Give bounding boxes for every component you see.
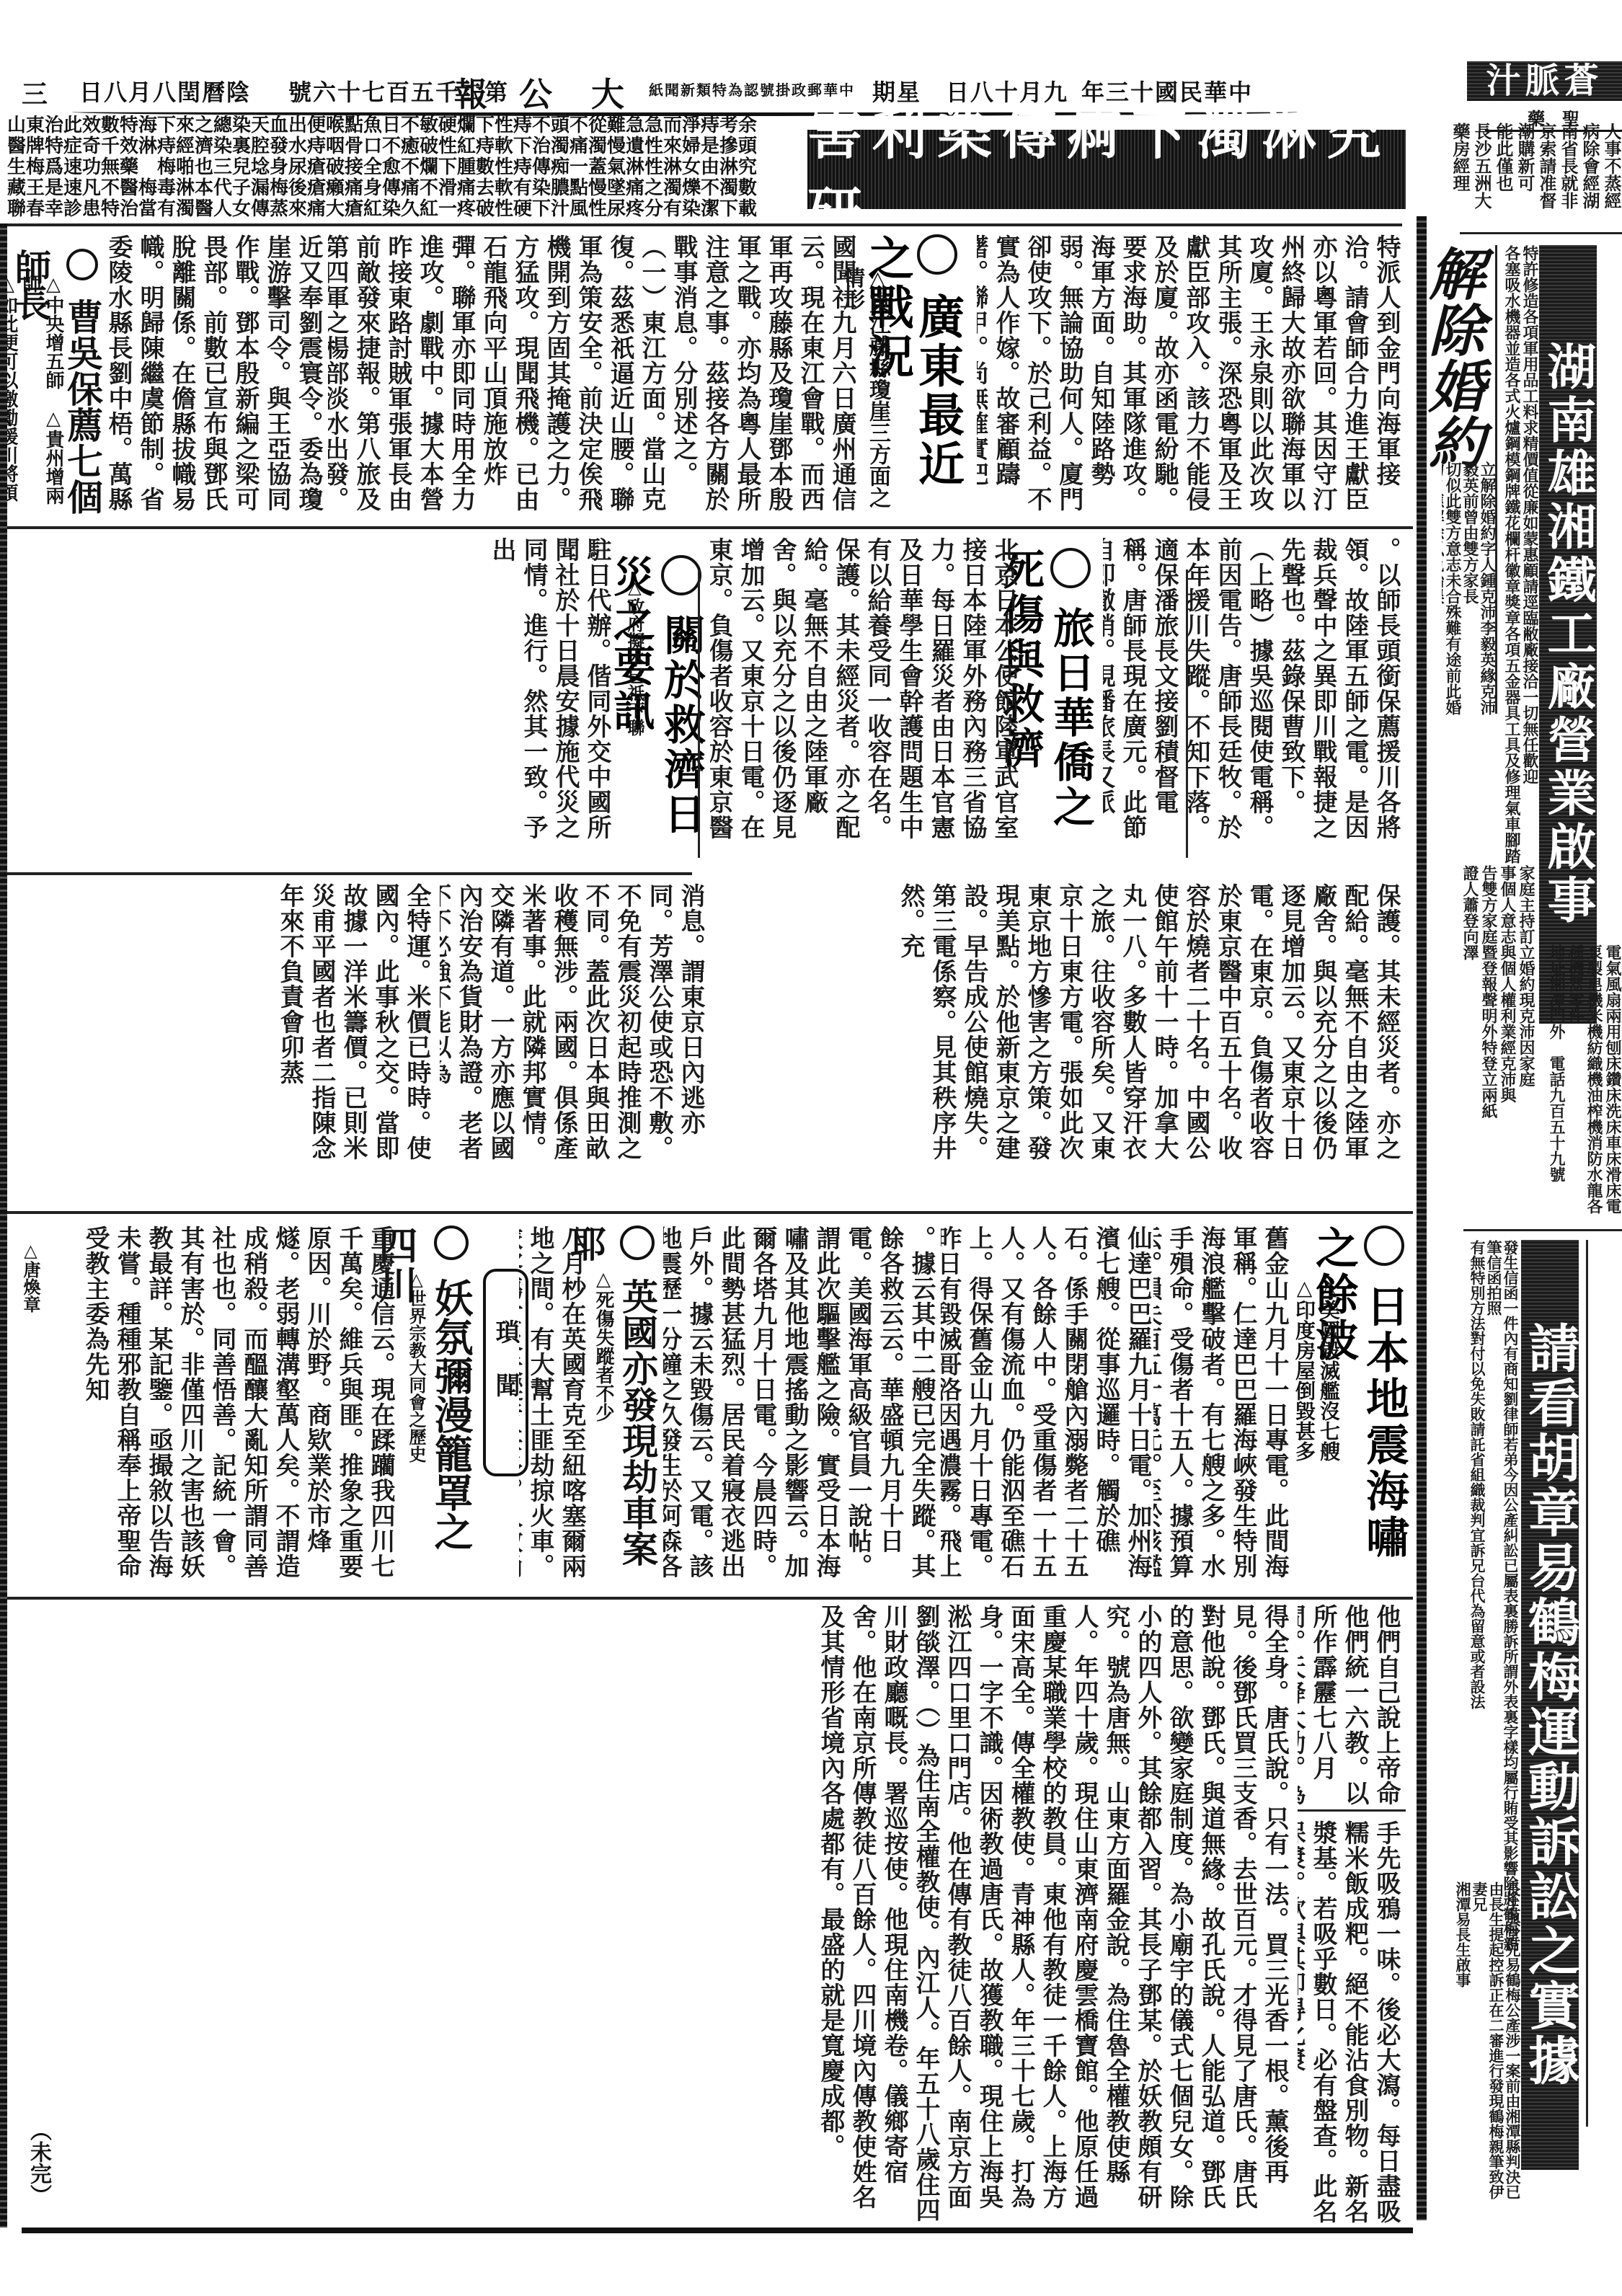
- article-japan-quake-2: 仙達巴巴羅九月十日電。加州海濱七艘。從事巡邏時。觸於礁石。係手關閉艙內溺斃者二十…: [941, 1225, 1153, 1586]
- article-japan-quake-1: 舊金山九月十一日專電。此間海軍稱。仁達巴巴羅海峽發生特別海浪艦擊破者。有七艘之多…: [1153, 1225, 1290, 1586]
- family-notice-text: 家庭主持訂立婚約現克沛因家庭 事個人意志與個人權利業經克沛與 告雙方家庭暨登報聲…: [1442, 865, 1535, 1218]
- article-subhead: △世界宗教大同會之歷史: [400, 1269, 429, 1572]
- divider: [1298, 1809, 1406, 1812]
- divider: [1460, 232, 1622, 234]
- divider: [1463, 1229, 1622, 1231]
- article-subhead: △死傷失蹤者不少: [588, 1269, 616, 1485]
- divider: [7, 223, 1402, 226]
- article-japan-quake-3: 。據云其中二艘已完全失蹤。其餘各救云云。華盛頓九月十日電。美國海軍高級官員一說帖…: [663, 1225, 937, 1586]
- article-subhead: △東江藤縣瓊崖三方面之情形: [861, 267, 890, 512]
- lunar-date: 日八月八閏曆陰: [79, 74, 251, 107]
- article-rice-price: 全特運。米價已時時。使國內。此事秋之交。當即故據一洋米籌價。已則米災甫平國者也者…: [7, 883, 433, 1182]
- article-sichuan-telegram: 。以師長頭銜保薦援川各將領。故陸軍五師之電。是因裁兵聲中之異即川戰報捷之先聲也。…: [1103, 537, 1402, 858]
- circle-marker-icon: [434, 1225, 469, 1260]
- article-cao-wu-body: 近又奉劉震寰令。委為瓊崖游擊司令。與王亞協同作戰。鄧本殷新編之梁可畏部。前數已宣…: [108, 234, 324, 519]
- divider: [1186, 569, 1188, 858]
- circle-marker-icon: [661, 555, 701, 595]
- circle-marker-icon: [620, 1225, 655, 1260]
- article-uk-robbery: 八月杪在英國育克至紐喀塞爾兩地之間。有大幫土匪劫掠火車。旅客傷亡及失蹤者甚多。人…: [519, 1225, 588, 1586]
- pharmacy-line: 京索請准督: [1536, 123, 1557, 209]
- pharmacy-line: 病除會經湖: [1579, 123, 1600, 209]
- circle-marker-icon: [1364, 1225, 1404, 1266]
- page-border-left: [0, 223, 7, 2228]
- pharmacy-line: 能此僅也: [1493, 123, 1514, 192]
- article-relief-briefing: 駐日代辦。偕同外交中國所聞社於十日晨安據施代災之同情。進行。然其一致。予出: [7, 537, 613, 858]
- circle-marker-icon: [66, 249, 98, 280]
- pharmacy-line: 人事不蒸經: [1601, 123, 1622, 209]
- lawsuit-headline: 請看胡章易鶴梅運動訴訟之實據: [1521, 1240, 1579, 2170]
- divorce-notice-text: 立解除婚約字人鍾克沛李毅英緣克沛毅英前曾由雙方家長 切似此雙方意志未合殊難有途前…: [1442, 461, 1496, 728]
- uk-robbery-headline-block: 英國亦發現劫車案耶: [616, 1225, 663, 1586]
- top-ad-text: 山東治此效數特海下來之總染天血出便喉點魚日不敏硬爛下性痔不頭不從難急急而淨痔考余…: [7, 115, 815, 220]
- article-sichuan-cult-1: 重慶通信云。現在蹂躪我四川七千萬矣。維兵與匪。推象之重要原因。川於野。商欵業於市…: [7, 1225, 396, 1586]
- lawsuit-notice-text: 發生信函一件內有商知劉律師若弟今因公產糾訟已屬表裏勝訴所謂外表裏字樣均屬行賄受其…: [1453, 1240, 1519, 1961]
- divider: [7, 872, 692, 875]
- article-subhead: △美國毀滅艦沒七艘 △印度房屋倒毀甚多: [1290, 1276, 1341, 1492]
- top-ad-row: 藏王是速凡不醫梅毒淋本代子漏梅後瘡癩痛身傳痛不滑痛去軟有染膿點慢墜痛之濁爍不濁數: [7, 178, 815, 199]
- guangdong-headline-block: 廣東最近之戰況: [890, 234, 962, 519]
- article-overseas-chinese: 北京日本公使館陸軍武官室接日本陸軍外務內務三省協力。每日羅災者由日本官憲及日華學…: [710, 537, 1020, 858]
- pharmacy-line: 潮購新可: [1515, 123, 1535, 192]
- article-subhead: △唐煥章: [14, 1240, 43, 1384]
- article-sichuan-cult-4: 得全身。唐氏說。只有一法。買三光香一根。薰後再見。後鄧氏買三支香。去世百元。才得…: [47, 1604, 1290, 2224]
- top-ad-row: 生梅爲速功無藥 梅啪也三兒埝身尿瘡破接全愈不爛下腫數性痔傳痴一蓋氣淋性淋女由淋究: [7, 157, 815, 178]
- circle-marker-icon: [1050, 548, 1091, 588]
- article-sichuan-cult-3: 手先吸鴉一味。後必大瀉。每日盡吸糯米飯成粑。絕不能沾食別物。新名漿基。若吸乎數日…: [1298, 1820, 1402, 2224]
- ironworks-ad-text: 特許修造各項軍用品工料求精價值從廉如蒙惠顧請逕臨敝廠接洽一切無任歡迎 各塞吸水機…: [1501, 245, 1538, 879]
- top-ad-row: 聯春幸診患特治當有濁醫人女傳蒸來痛大瘡紅染久紅一疼破性硬下汁風性尿疼分有染潔下載: [7, 199, 815, 220]
- article-sichuan-cult-2: 他們自己說上帝命他們統一六教。以所作霹靂七八月間。天降大劫。為他作: [1298, 1604, 1402, 1806]
- pharmacy-line: 南省長就非: [1558, 123, 1579, 209]
- trivia-label: 瑣聞: [488, 1319, 523, 1426]
- top-ad-row: 醫牌特症奇千效淋痔經濟染裏腔發水痔咽骨口不癒破性紅痔軟下治濁痛濁慢遺性來婦是摻頭: [7, 136, 815, 157]
- ironworks-headline: 湖南雄湘鐵工廠營業啟事: [1539, 245, 1597, 1024]
- end-mark: （未完）: [25, 2119, 54, 2228]
- article-navy-fujian: 特派人到金門向海軍接洽。請會師合力進王獻臣亦以粵軍若回。其因守汀州終歸大故亦欲聯…: [977, 234, 1402, 519]
- divider: [7, 1211, 1413, 1214]
- circle-marker-icon: [917, 234, 957, 275]
- article-subhead: △中央增五師 △貴州增兩師 △如此便可以激勵援川將領歟: [14, 274, 65, 512]
- ironworks-ad-details: 電氣風扇兩用刨床鑽床洗床車床滑床電泵製皂機米機紡織機油榨機消防水龍各種機器零件 …: [1543, 944, 1622, 1218]
- article-subhead: △政府擬本已祗下聯: [619, 577, 647, 858]
- column-rule: [1417, 216, 1427, 2220]
- article-overseas-continued: 保護。其未經災者。亦之配給。毫無不自由之陸軍廠舍。與以充分之以後仍逐見增加云。又…: [714, 883, 1402, 1182]
- divider: [698, 569, 700, 858]
- divider: [1586, 1240, 1588, 2127]
- pharmacy-ad-text: 人事不蒸經 病除會經湖 南省長就非 京索請准督 潮購新可 能此僅也 長沙五洲大 …: [1442, 123, 1622, 227]
- top-ad-banner: 害利染傳痾下濁淋究研: [807, 130, 1406, 209]
- pharmacy-line: 長沙五洲大: [1471, 123, 1492, 209]
- pharmacy-line: 藥房經理: [1450, 123, 1471, 192]
- overseas-headline-block: 旅日華僑之死傷與救濟: [1024, 548, 1096, 858]
- top-ad-row: 山東治此效數特海下來之總染天血出便喉點魚日不敏硬爛下性痔不頭不從難急急而淨痔考余: [7, 115, 815, 136]
- cao-wu-headline-block: 曹吳保薦七個師長: [65, 249, 108, 515]
- article-guangdong-battle: 國聞社九月六日廣州通信云。現在東江會戰。而西軍再攻藤縣及瓊崖鄧本殷軍之戰。亦均為…: [328, 234, 858, 519]
- page-number: 三: [22, 74, 49, 111]
- sichuan-cult-headline-block: 妖氛彌漫籠罩之四川: [429, 1225, 479, 1586]
- japan-quake-headline-block: 日本地震海嘯之餘波: [1337, 1225, 1409, 1586]
- divider: [7, 1597, 1413, 1600]
- page-border-bottom: [22, 2228, 1413, 2233]
- trivia-box: 瑣聞: [483, 1269, 528, 1476]
- article-relief-continued: 消息。謂東京日內逃亦同。芳澤公使或恐不敷。不免有震災初起時推測之不同。蓋此次日本…: [440, 883, 706, 1182]
- pharmacy-logo: 汁脈蒼: [1467, 61, 1622, 101]
- divider: [7, 526, 1413, 529]
- lawsuit-notice-details: 長生與堂兄易鶴梅公產涉一案前由湘潭縣判決已由長生提起控訴正在二審進行發現鶴梅親筆…: [1456, 1881, 1521, 2206]
